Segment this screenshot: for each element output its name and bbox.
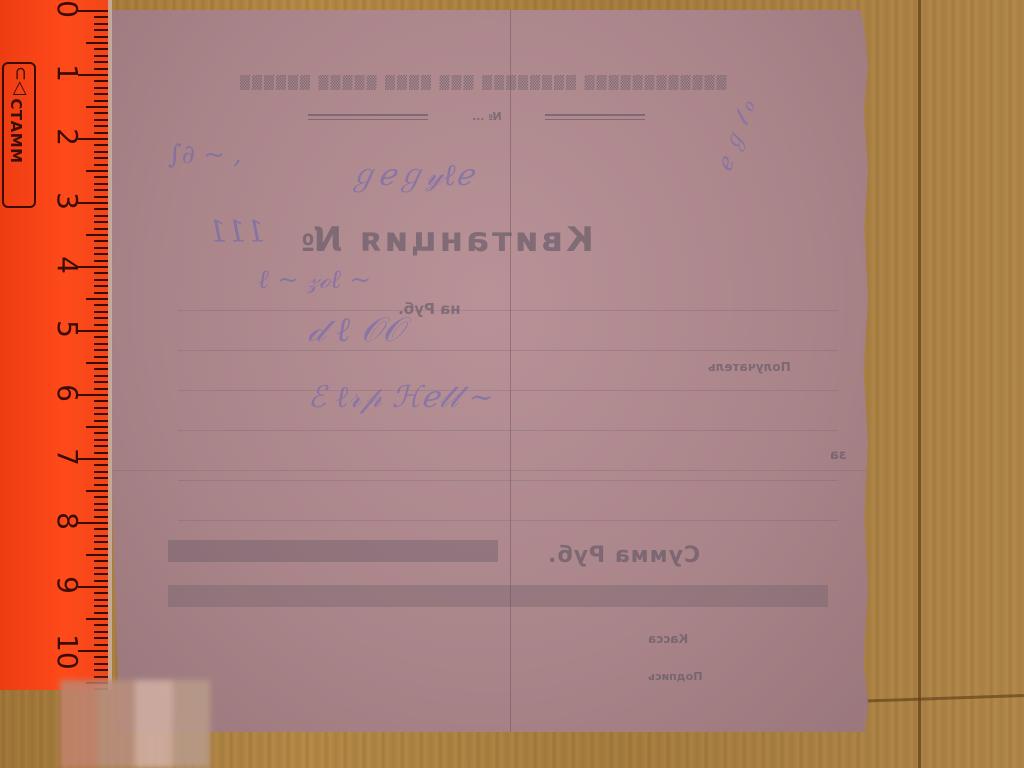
cm-label-0: 0: [52, 0, 82, 24]
ruler-tick: [94, 375, 108, 377]
ruler-tick: [94, 144, 108, 146]
ruler-tick: [94, 509, 108, 511]
for-label: за: [830, 448, 846, 463]
form-line: [178, 520, 838, 521]
ruler-tick: [86, 106, 108, 108]
ruler-tick: [94, 311, 108, 313]
ruler-tick: [94, 624, 108, 626]
header-line-1: ▒▒▒▒▒▒▒▒▒▒▒▒ ▒▒▒▒▒▒▒▒ ▒▒▒ ▒▒▒▒ ▒▒▒▒▒ ▒▒▒…: [238, 76, 727, 91]
ruler-tick: [94, 157, 108, 159]
ruler-tick: [94, 16, 108, 18]
ruler-edge: [108, 0, 112, 690]
ruler-tick: [86, 426, 108, 428]
ruler-tick: [94, 420, 108, 422]
ruler-tick: [94, 36, 108, 38]
sum-line-2: [168, 585, 828, 612]
ruler-tick: [94, 87, 108, 89]
ruler-tick: [94, 279, 108, 281]
form-line: [178, 310, 838, 311]
cashier-label: Касса: [648, 632, 688, 646]
handwriting-1: ∫∂ ~ ,: [168, 140, 242, 170]
handwriting-2: ℊℯℊ𝓎ℓℯ: [348, 150, 473, 194]
ruler-tick: [94, 464, 108, 466]
ruler-tick: [94, 189, 108, 191]
cm-label-2: 2: [52, 122, 82, 152]
ruler-tick: [86, 298, 108, 300]
handwriting-3: ℓ ~ 𝓏ℴℓ ~: [258, 265, 371, 296]
ruler-tick: [94, 669, 108, 671]
receipt-title: Квитанция №: [298, 220, 594, 260]
cm-label-3: 3: [52, 186, 82, 216]
ruler-tick: [94, 48, 108, 50]
ruler-tick: [78, 458, 108, 460]
ruler-tick: [94, 592, 108, 594]
ruler-tick: [94, 112, 108, 114]
ruler-tick: [86, 42, 108, 44]
ruler-tick: [94, 68, 108, 70]
ruler-tick: [78, 650, 108, 652]
ruler-tick: [94, 132, 108, 134]
ruler-tick: [94, 567, 108, 569]
ruler-tick: [78, 394, 108, 396]
ruler-tick: [78, 522, 108, 524]
form-line: [178, 480, 838, 481]
ruler-tick: [94, 228, 108, 230]
handwriting-5: ℰ ℓ𝓇𝓅 ℋℯ𝓁𝓁 ~: [308, 380, 494, 415]
ruler-tick: [94, 221, 108, 223]
ruler-tick: [94, 253, 108, 255]
ruler-tick: [94, 215, 108, 217]
ruler-tick: [94, 336, 108, 338]
ruler-tick: [94, 164, 108, 166]
ruler-tick: [94, 93, 108, 95]
form-line: [178, 350, 838, 351]
ruler-tick: [94, 605, 108, 607]
ruler-tick: [94, 388, 108, 390]
ruler-tick: [94, 356, 108, 358]
cm-label-8: 8: [52, 506, 82, 536]
cm-label-7: 7: [52, 442, 82, 472]
ruler-tick: [94, 663, 108, 665]
receipt-paper: ▒▒▒▒▒▒▒▒▒▒▒▒ ▒▒▒▒▒▒▒▒ ▒▒▒ ▒▒▒▒ ▒▒▒▒▒ ▒▒▒…: [108, 10, 868, 732]
ruler-tick: [86, 234, 108, 236]
ruler-tick: [94, 100, 108, 102]
ruler-tick: [94, 541, 108, 543]
ruler-tick: [78, 74, 108, 76]
ruler-tick: [94, 368, 108, 370]
ruler-tick: [94, 535, 108, 537]
ruler-tick: [94, 381, 108, 383]
ruler-brand: СТАММ: [7, 69, 25, 193]
ruler-tick: [94, 208, 108, 210]
sum-line-1: Сумма Руб.: [168, 540, 700, 568]
ruler-tick: [94, 503, 108, 505]
ruler-tick: [94, 80, 108, 82]
cm-label-4: 4: [52, 250, 82, 280]
ruler-tick: [94, 61, 108, 63]
ruler-tick: [94, 55, 108, 57]
ruler-tick: [94, 471, 108, 473]
ruler-tick: [94, 599, 108, 601]
handwriting-4: 𝒹 ℓ 𝒪𝒪: [308, 310, 404, 350]
ruler-tick: [94, 240, 108, 242]
ruler-tick: [94, 272, 108, 274]
ruler-tick: [94, 580, 108, 582]
ruler-tick: [86, 490, 108, 492]
fold-line-horizontal: [108, 470, 868, 471]
ruler-tick: [78, 586, 108, 588]
form-line: [178, 430, 838, 431]
ruler-tick: [94, 528, 108, 530]
ruler-tick: [78, 10, 108, 12]
header-line-2: № ...: [308, 110, 708, 123]
ruler-tick: [94, 151, 108, 153]
ruler-tick: [94, 676, 108, 678]
handwriting-side: ℯ ℊ 𝓁 ℴ: [708, 96, 762, 176]
ruler-tick: [94, 439, 108, 441]
ruler-tick: [94, 119, 108, 121]
cm-label-6: 6: [52, 378, 82, 408]
ruler-tick: [78, 330, 108, 332]
ruler-tick: [94, 349, 108, 351]
ruler-tick: [94, 125, 108, 127]
signature-label: Подпись: [648, 670, 702, 683]
ruler-tick: [94, 29, 108, 31]
form-line: [178, 390, 838, 391]
ruler-tick: [94, 656, 108, 658]
ruler-tick: [94, 317, 108, 319]
ruler-tick: [94, 612, 108, 614]
ruler-tick: [94, 516, 108, 518]
ruler: ⊂◁ СТАММ 0 1 2 3 4 5 6 7 8 9 10: [0, 0, 110, 690]
cm-label-5: 5: [52, 314, 82, 344]
ruler-tick: [86, 618, 108, 620]
ruler-tick: [94, 304, 108, 306]
receipt-number-handwritten: 111: [208, 215, 265, 250]
ruler-tick: [94, 324, 108, 326]
ruler-tick: [94, 260, 108, 262]
ruler-tick: [78, 202, 108, 204]
ruler-tick: [78, 138, 108, 140]
ruler-tick: [94, 23, 108, 25]
ruler-tick: [94, 496, 108, 498]
ruler-tick: [94, 343, 108, 345]
ruler-tick: [86, 170, 108, 172]
ruler-tick: [94, 644, 108, 646]
ruler-tick: [86, 554, 108, 556]
ruler-tick: [86, 362, 108, 364]
ruler-tick: [94, 183, 108, 185]
ruler-tick: [94, 631, 108, 633]
ruler-tick: [94, 400, 108, 402]
cm-label-10: 10: [52, 634, 82, 664]
recipient-label: Получатель: [708, 360, 791, 374]
blurred-region: [60, 680, 210, 768]
ruler-tick: [94, 484, 108, 486]
ruler-tick: [94, 285, 108, 287]
amount-label: на Руб.: [398, 300, 461, 318]
ruler-tick: [94, 407, 108, 409]
ruler-tick: [94, 477, 108, 479]
ruler-tick: [94, 413, 108, 415]
ruler-tick: [94, 548, 108, 550]
ruler-tick: [94, 445, 108, 447]
ruler-tick: [94, 176, 108, 178]
ruler-tick: [78, 266, 108, 268]
cm-label-9: 9: [52, 570, 82, 600]
wood-seam: [918, 0, 921, 768]
ruler-tick: [94, 637, 108, 639]
ruler-tick: [94, 292, 108, 294]
ruler-tick: [94, 573, 108, 575]
ruler-tick: [94, 432, 108, 434]
ruler-tick: [94, 196, 108, 198]
ruler-tick: [94, 560, 108, 562]
ruler-tick: [94, 452, 108, 454]
ruler-tick: [94, 247, 108, 249]
cm-label-1: 1: [52, 58, 82, 88]
